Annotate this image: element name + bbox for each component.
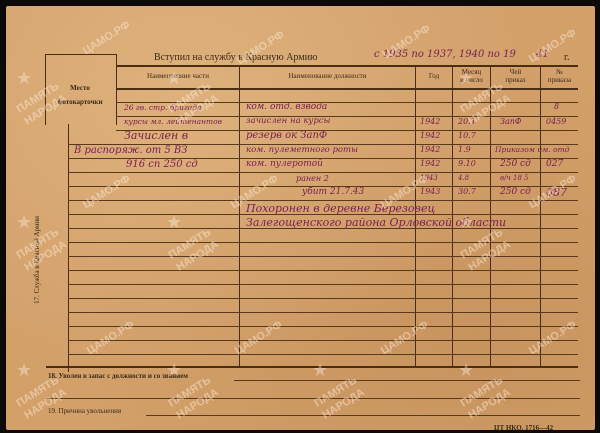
col-header-month-2: и число	[453, 76, 490, 84]
row-3-date: 10.7	[458, 131, 476, 140]
watermark-star-icon: ★	[312, 360, 328, 381]
service-year-suffix: 41	[536, 49, 549, 60]
row-2-unit: курсы мл. лейтенантов	[124, 117, 222, 126]
watermark-project: НАРОДА	[466, 386, 512, 421]
watermark-project: НАРОДА	[22, 386, 68, 421]
row-1-no: 8	[554, 102, 559, 111]
section-17-label: 17. Служба в Красной Армии	[33, 205, 41, 315]
col-line	[239, 65, 240, 367]
watermark-archive: ЦАМО.РФ	[81, 173, 133, 211]
row-5-date: 9.10	[458, 159, 476, 168]
col-header-whose-1: Чей	[491, 68, 540, 76]
row-6-whose: в/ч 18 5	[500, 174, 529, 182]
row-6-year: 1943	[420, 174, 438, 182]
burial-note-2: Залегощенского района Орловской области	[246, 216, 506, 229]
watermark-archive: ЦАМО.РФ	[527, 319, 579, 357]
watermark-project: НАРОДА	[174, 386, 220, 421]
watermark-archive: ЦАМО.РФ	[81, 19, 133, 57]
col-header-unit: Наименование части	[117, 72, 239, 80]
row-2-whose: ЗапФ	[500, 117, 522, 126]
col-line	[540, 65, 541, 367]
row-3-unit: Зачислен в	[124, 129, 188, 142]
service-start-label: Вступил на службу в Красную Армию	[154, 52, 317, 63]
row-2-no: 0459	[546, 117, 566, 126]
header-bottom-line	[116, 88, 578, 90]
photo-box-label-2: фотокарточки	[45, 98, 115, 106]
col-line	[68, 124, 69, 372]
row-4-position: ком. пулеметного роты	[246, 145, 358, 155]
row-5-no: 027	[546, 159, 563, 169]
watermark-star-icon: ★	[16, 360, 32, 381]
col-header-month-1: Месяц	[453, 68, 490, 76]
row-2-date: 20.1	[458, 117, 476, 126]
row-3-position: резерв ок ЗапФ	[246, 130, 327, 141]
row-3-year: 1942	[420, 131, 440, 140]
field-19-line	[146, 415, 580, 416]
row-4-year: 1942	[420, 145, 440, 154]
col-header-whose-2: приказ	[491, 76, 540, 84]
col-header-position: Наименование должности	[240, 72, 415, 80]
row-2-year: 1942	[420, 117, 440, 126]
col-header-no-2: приказа	[541, 76, 578, 84]
watermark-archive: ЦАМО.РФ	[527, 27, 579, 65]
row-7-date: 30.7	[458, 187, 476, 196]
row-5-year: 1942	[420, 159, 440, 168]
row-7-year: 1943	[420, 187, 440, 196]
col-header-year: Год	[416, 72, 452, 80]
col-header-no-1: №	[541, 68, 578, 76]
field-18-label: 18. Уволен в запас с должности и со зван…	[48, 372, 188, 380]
row-1-unit: 26 гв. стр. бригада	[124, 103, 201, 112]
field-18-line	[234, 380, 580, 381]
row-5-whose: 250 сд	[500, 159, 531, 169]
row-4-date: 1.9	[458, 145, 471, 154]
row-7-position: убит 21.7.43	[302, 187, 364, 197]
watermark-project: НАРОДА	[22, 238, 68, 273]
row-2-position: зачислен на курсы	[246, 116, 330, 126]
row-5-position: ком. пулеротой	[246, 159, 323, 169]
watermark-archive: ЦАМО.РФ	[379, 319, 431, 357]
watermark-star-icon: ★	[16, 212, 32, 233]
watermark-archive: ЦАМО.РФ	[85, 319, 137, 357]
row-1-position: ком. отд. взвода	[246, 102, 327, 112]
row-7-whose: 250 сд	[500, 187, 531, 197]
photo-box-label-1: Место	[45, 84, 115, 92]
watermark-star-icon: ★	[458, 360, 474, 381]
row-4-whose: Приказом им. отд	[495, 145, 570, 154]
row-7-no: 087	[546, 186, 567, 199]
watermark-star-icon: ★	[16, 68, 32, 89]
burial-note-1: Похоронен в деревне Березовец	[246, 202, 435, 215]
row-5-unit: 916 сп 250 сд	[126, 159, 198, 170]
row-4-unit: В распоряж. от 5 ВЗ	[74, 145, 188, 156]
field-18-line-2	[46, 398, 580, 399]
form-code: ЦТ НКО. 1716—42	[494, 424, 553, 432]
year-label: г.	[564, 52, 569, 63]
service-start-value: с 1935 по 1937, 1940 по 19	[374, 49, 516, 60]
row-6-position: ранен 2	[296, 174, 329, 183]
watermark-archive: ЦАМО.РФ	[233, 319, 285, 357]
row-6-date: 4.8	[458, 174, 469, 182]
field-19-label: 19. Причина увольнения	[48, 407, 121, 415]
header-top-line	[116, 65, 578, 67]
watermark-project: ПАМЯТЬ	[458, 80, 505, 115]
watermark-project: НАРОДА	[320, 386, 366, 421]
personnel-card: Вступил на службу в Красную Армию с 1935…	[6, 6, 595, 430]
watermark-star-icon: ★	[166, 212, 182, 233]
